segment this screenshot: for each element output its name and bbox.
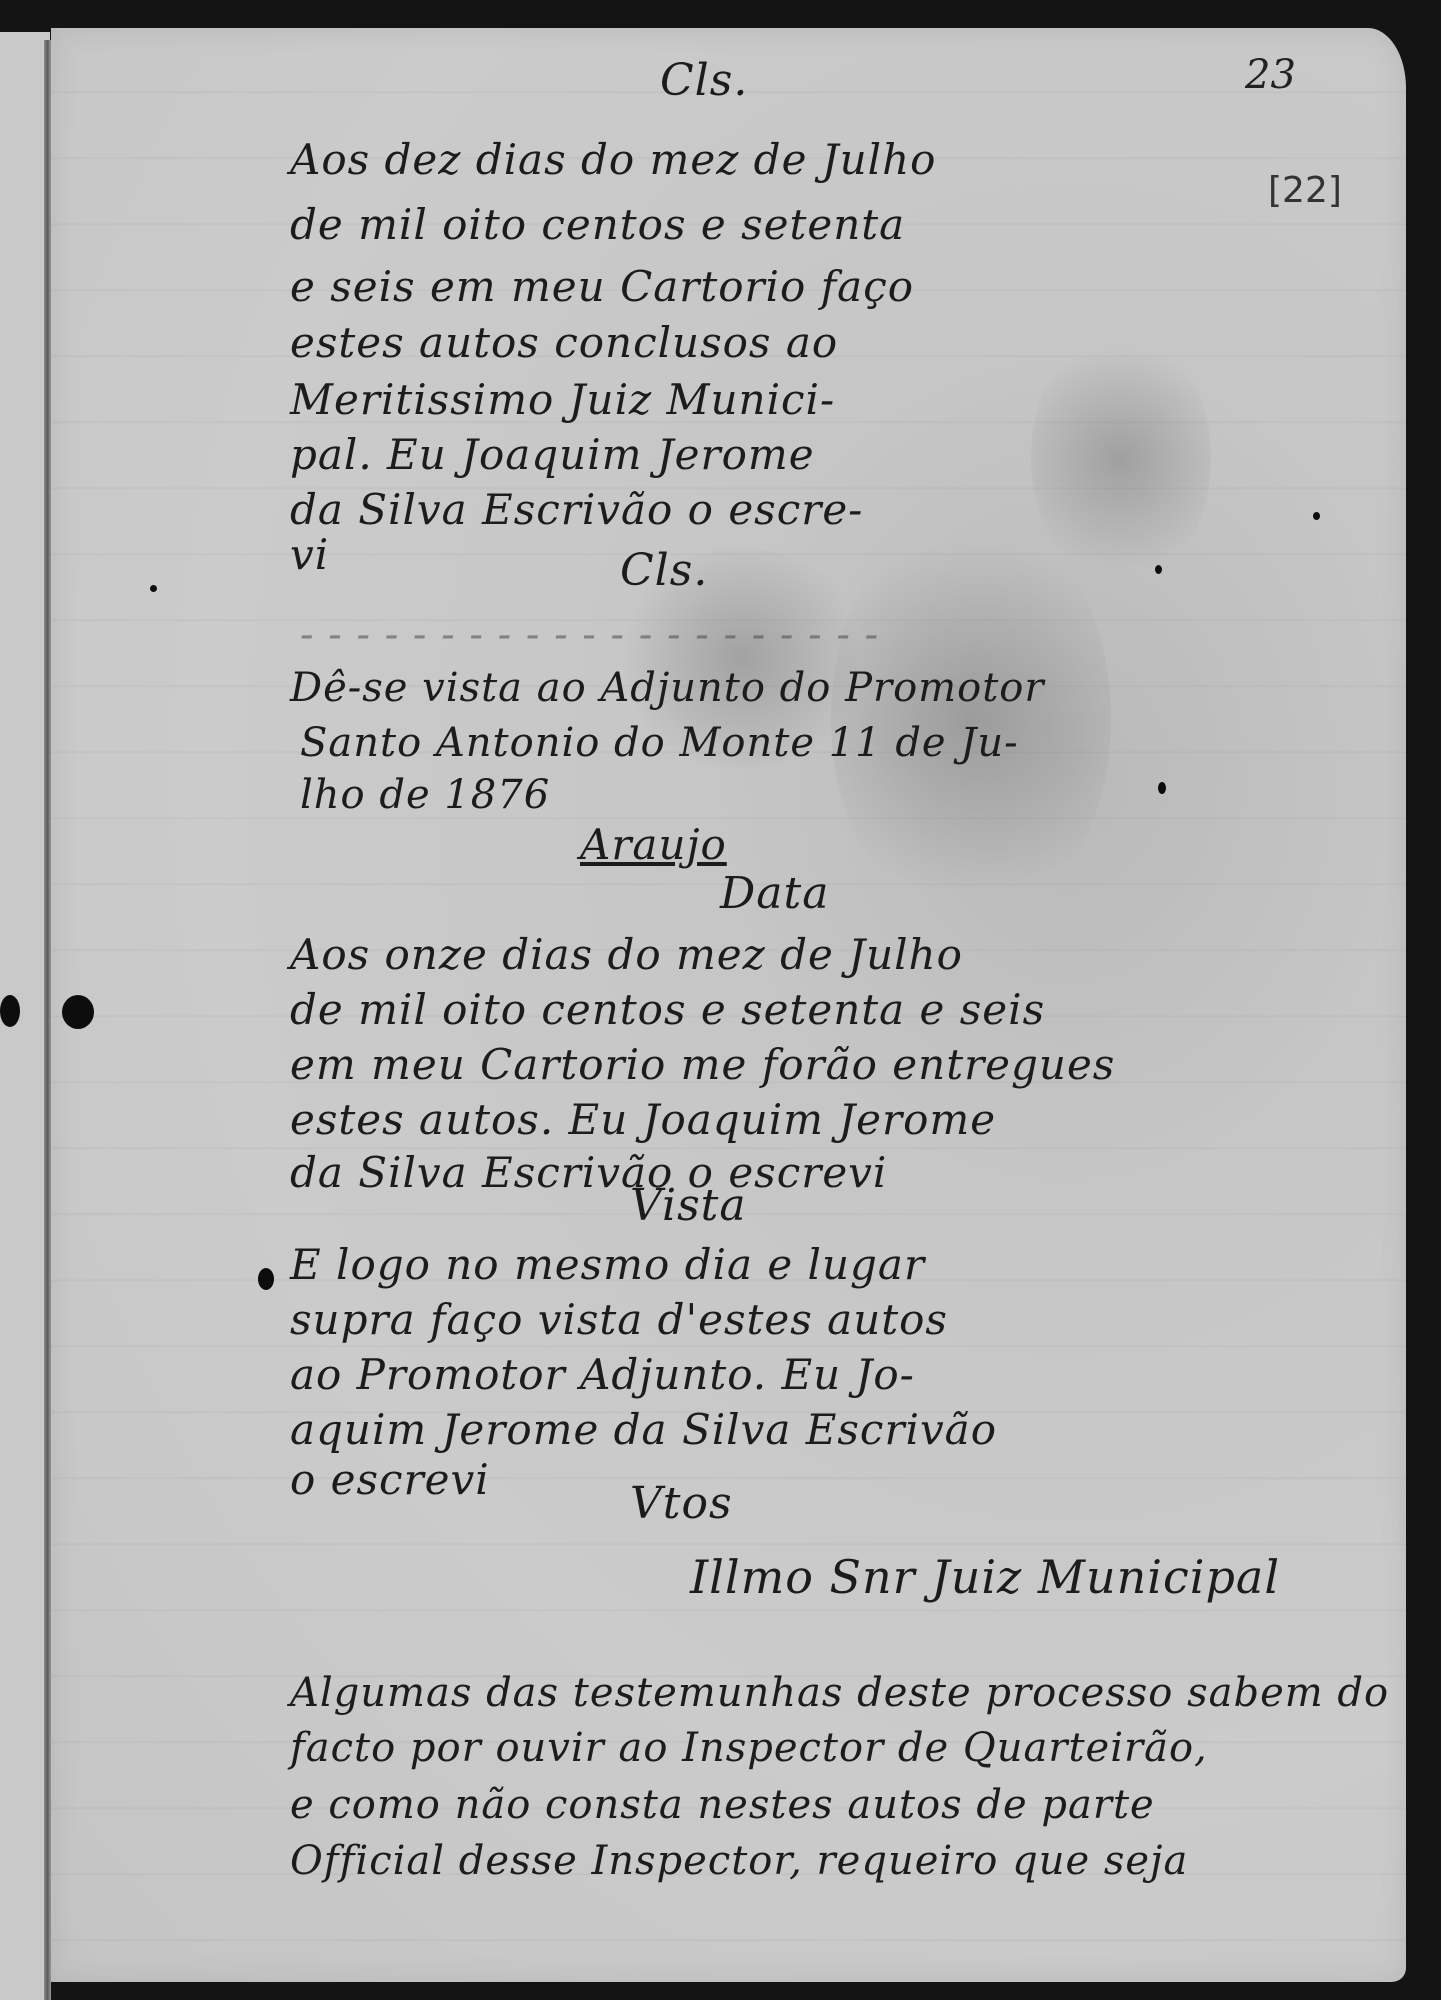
ink-blot (0, 995, 20, 1027)
section-heading-vista: Vista (630, 1180, 747, 1231)
text-line: Meritissimo Juiz Munici- (290, 375, 835, 424)
salutation: Illmo Snr Juiz Municipal (690, 1550, 1280, 1604)
petition-line: Official desse Inspector, requeiro que s… (290, 1838, 1188, 1884)
petition-line: Algumas das testemunhas deste processo s… (290, 1670, 1389, 1716)
petition-line: e como não consta nestes autos de parte (290, 1782, 1155, 1828)
text-line: da Silva Escrivão o escrevi (290, 1148, 887, 1197)
ink-dot (1158, 782, 1166, 794)
signature: Araujo (580, 820, 727, 869)
text-line: o escrevi (290, 1455, 490, 1504)
folio-number: 23 (1245, 52, 1296, 98)
text-line: estes autos. Eu Joaquim Jerome (290, 1095, 996, 1144)
ink-blot (62, 995, 94, 1029)
ink-dot (1313, 512, 1320, 520)
text-line: vi (290, 530, 329, 579)
ink-stain (831, 508, 1111, 928)
text-line: de mil oito centos e setenta e seis (290, 985, 1045, 1034)
ink-stain (1031, 328, 1211, 588)
binding-gutter (44, 40, 51, 2000)
text-line: e seis em meu Cartorio faço (290, 262, 914, 311)
section-heading-conclusos-2: Cls. (620, 545, 708, 596)
text-line: aquim Jerome da Silva Escrivão (290, 1405, 997, 1454)
section-heading-vtos: Vtos (630, 1478, 733, 1529)
archive-number: [22] (1268, 170, 1342, 211)
text-line: da Silva Escrivão o escre- (290, 485, 863, 534)
section-heading-conclusos: Cls. (660, 55, 748, 106)
section-heading-data: Data (720, 868, 829, 919)
despacho-line: lho de 1876 (300, 772, 550, 818)
text-line: estes autos conclusos ao (290, 318, 838, 367)
text-line: E logo no mesmo dia e lugar (290, 1240, 925, 1289)
text-line: em meu Cartorio me forão entregues (290, 1040, 1115, 1089)
ink-blot (258, 1268, 274, 1290)
despacho-line: Santo Antonio do Monte 11 de Ju- (300, 720, 1019, 766)
ink-dot (150, 585, 157, 592)
text-line: de mil oito centos e setenta (290, 200, 905, 249)
text-line: Aos onze dias do mez de Julho (290, 930, 963, 979)
ink-dot (1155, 565, 1162, 574)
despacho-line: Dê-se vista ao Adjunto do Promotor (290, 665, 1044, 711)
text-line: supra faço vista d'estes autos (290, 1295, 948, 1344)
petition-line: facto por ouvir ao Inspector de Quarteir… (290, 1725, 1208, 1771)
bleedthrough-line: - - - - - - - - - - - - - - - - - - - - … (300, 612, 879, 658)
text-line: ao Promotor Adjunto. Eu Jo- (290, 1350, 915, 1399)
text-line: pal. Eu Joaquim Jerome (290, 430, 815, 479)
text-line: Aos dez dias do mez de Julho (290, 135, 936, 184)
